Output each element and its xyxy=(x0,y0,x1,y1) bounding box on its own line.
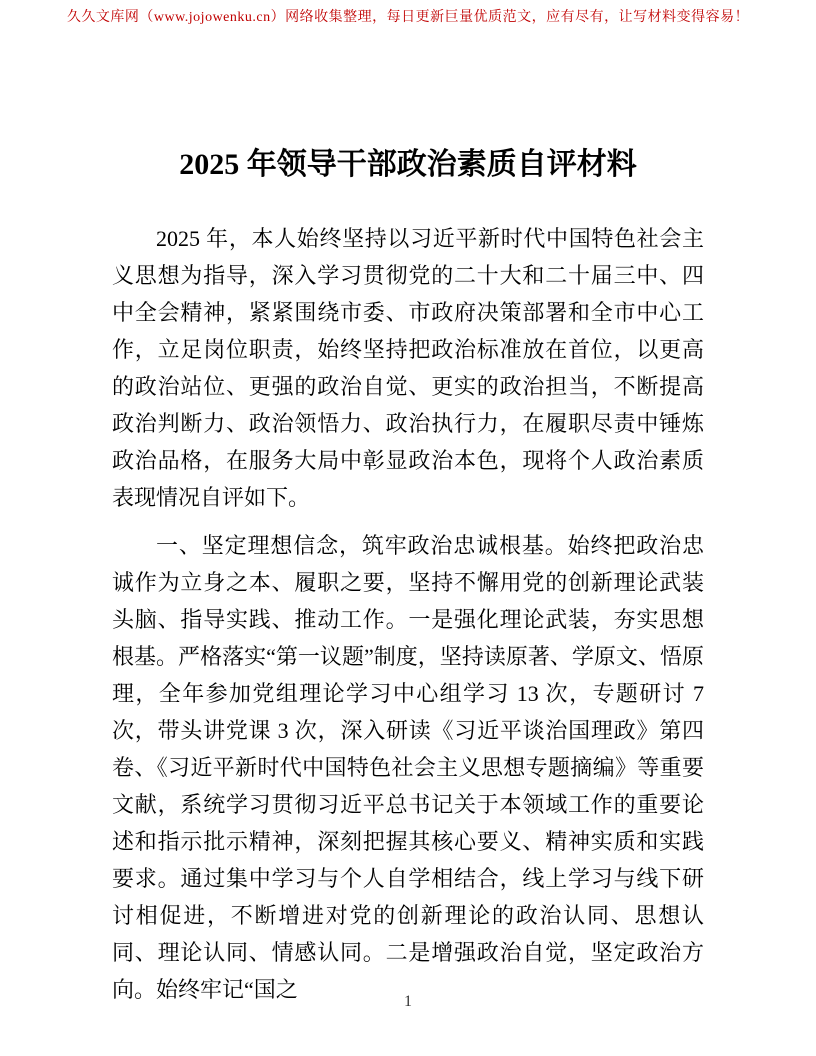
document-title: 2025 年领导干部政治素质自评材料 xyxy=(0,145,816,185)
page-number: 1 xyxy=(0,992,816,1012)
document-page: 久久文库网（www.jojowenku.cn）网络收集整理，每日更新巨量优质范文… xyxy=(0,0,816,1056)
site-watermark-header: 久久文库网（www.jojowenku.cn）网络收集整理，每日更新巨量优质范文… xyxy=(0,0,816,28)
paragraph-section-one: 一、坚定理想信念，筑牢政治忠诚根基。始终把政治忠诚作为立身之本、履职之要，坚持不… xyxy=(112,527,704,1008)
paragraph-intro: 2025 年，本人始终坚持以习近平新时代中国特色社会主义思想为指导，深入学习贯彻… xyxy=(112,220,704,516)
